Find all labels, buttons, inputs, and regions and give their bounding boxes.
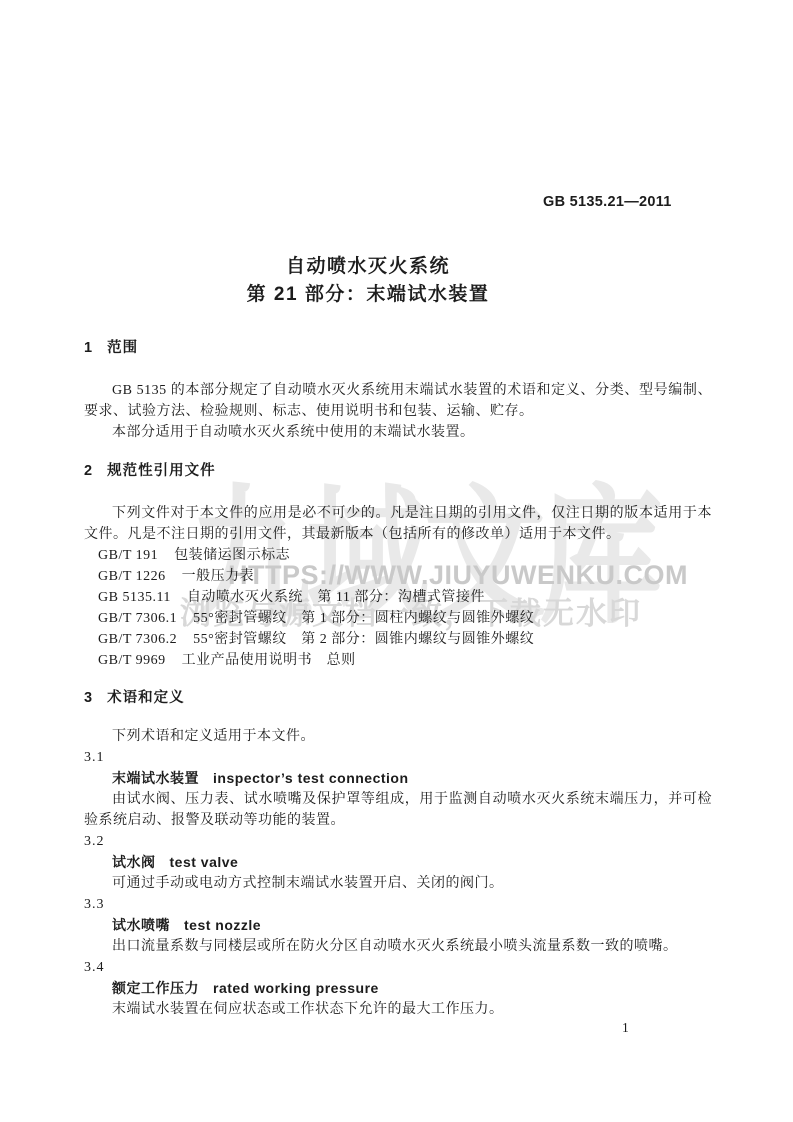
term-number: 3.1 [84,747,712,768]
section-title: 规范性引用文件 [107,463,216,479]
document-title: 自动喷水灭火系统 第 21 部分：末端试水装置 [54,253,682,309]
section-number: 2 [84,463,93,479]
term-number: 3.3 [84,894,712,915]
reference-code: GB/T 7306.2 [98,632,177,647]
reference-list: GB/T 191包装储运图示标志 GB/T 1226一般压力表 GB 5135.… [84,545,712,671]
term-name-zh: 试水阀 [112,854,156,870]
term-definition: 由试水阀、压力表、试水喷嘴及保护罩等组成，用于监测自动喷水灭火系统末端压力，并可… [84,789,712,831]
page-number: 1 [622,1020,629,1036]
section-3-heading: 3术语和定义 [84,688,712,709]
term-name: 试水喷嘴test nozzle [84,915,712,936]
reference-title: 自动喷水灭火系统 第 11 部分：沟槽式管接件 [187,590,485,605]
term-name-en: test valve [170,854,239,870]
section-title: 术语和定义 [107,690,185,706]
reference-title: 包装储运图示标志 [174,548,290,563]
term-definition: 末端试水装置在伺应状态或工作状态下允许的最大工作压力。 [84,999,712,1020]
reference-item: GB/T 7306.155°密封管螺纹 第 1 部分：圆柱内螺纹与圆锥外螺纹 [84,608,712,629]
title-line-2: 第 21 部分：末端试水装置 [54,281,682,309]
term-number: 3.4 [84,957,712,978]
reference-title: 一般压力表 [182,569,255,584]
section-2-heading: 2规范性引用文件 [84,461,712,482]
term-name-en: rated working pressure [213,980,379,996]
reference-code: GB/T 1226 [98,569,166,584]
reference-code: GB 5135.11 [98,590,171,605]
term-name-zh: 试水喷嘴 [112,917,170,933]
section-number: 1 [84,340,93,356]
document-page: 九域文库 HTTPS://WWW.JIUYUWENKU.COM 浏览与源文档一致… [0,0,793,1122]
term-name-en: inspector’s test connection [213,770,409,786]
term-name: 末端试水装置inspector’s test connection [84,768,712,789]
reference-item: GB/T 7306.255°密封管螺纹 第 2 部分：圆锥内螺纹与圆锥外螺纹 [84,629,712,650]
standard-code: GB 5135.21—2011 [543,194,672,210]
term-name: 试水阀test valve [84,852,712,873]
scope-paragraph-2: 本部分适用于自动喷水灭火系统中使用的末端试水装置。 [84,422,712,443]
section-title: 范围 [107,340,138,356]
reference-title: 55°密封管螺纹 第 2 部分：圆锥内螺纹与圆锥外螺纹 [193,632,534,647]
reference-item: GB/T 9969工业产品使用说明书 总则 [84,650,712,671]
reference-item: GB/T 191包装储运图示标志 [84,545,712,566]
term-name: 额定工作压力rated working pressure [84,978,712,999]
term-number: 3.2 [84,831,712,852]
term-name-en: test nozzle [184,917,261,933]
reference-code: GB/T 7306.1 [98,611,177,626]
section-number: 3 [84,690,93,706]
reference-title: 工业产品使用说明书 总则 [182,653,356,668]
reference-item: GB 5135.11自动喷水灭火系统 第 11 部分：沟槽式管接件 [84,587,712,608]
reference-code: GB/T 191 [98,548,158,563]
terms-intro-paragraph: 下列术语和定义适用于本文件。 [84,726,712,747]
section-1-heading: 1范围 [84,338,712,359]
term-name-zh: 额定工作压力 [112,980,199,996]
term-name-zh: 末端试水装置 [112,770,199,786]
scope-paragraph-1: GB 5135 的本部分规定了自动喷水灭火系统用末端试水装置的术语和定义、分类、… [84,380,712,422]
document-body: 1范围 GB 5135 的本部分规定了自动喷水灭火系统用末端试水装置的术语和定义… [84,338,712,1020]
reference-item: GB/T 1226一般压力表 [84,566,712,587]
reference-code: GB/T 9969 [98,653,166,668]
term-definition: 出口流量系数与同楼层或所在防火分区自动喷水灭火系统最小喷头流量系数一致的喷嘴。 [84,936,712,957]
reference-title: 55°密封管螺纹 第 1 部分：圆柱内螺纹与圆锥外螺纹 [193,611,534,626]
term-definition: 可通过手动或电动方式控制末端试水装置开启、关闭的阀门。 [84,873,712,894]
title-line-1: 自动喷水灭火系统 [54,253,682,281]
references-intro-paragraph: 下列文件对于本文件的应用是必不可少的。凡是注日期的引用文件，仅注日期的版本适用于… [84,503,712,545]
